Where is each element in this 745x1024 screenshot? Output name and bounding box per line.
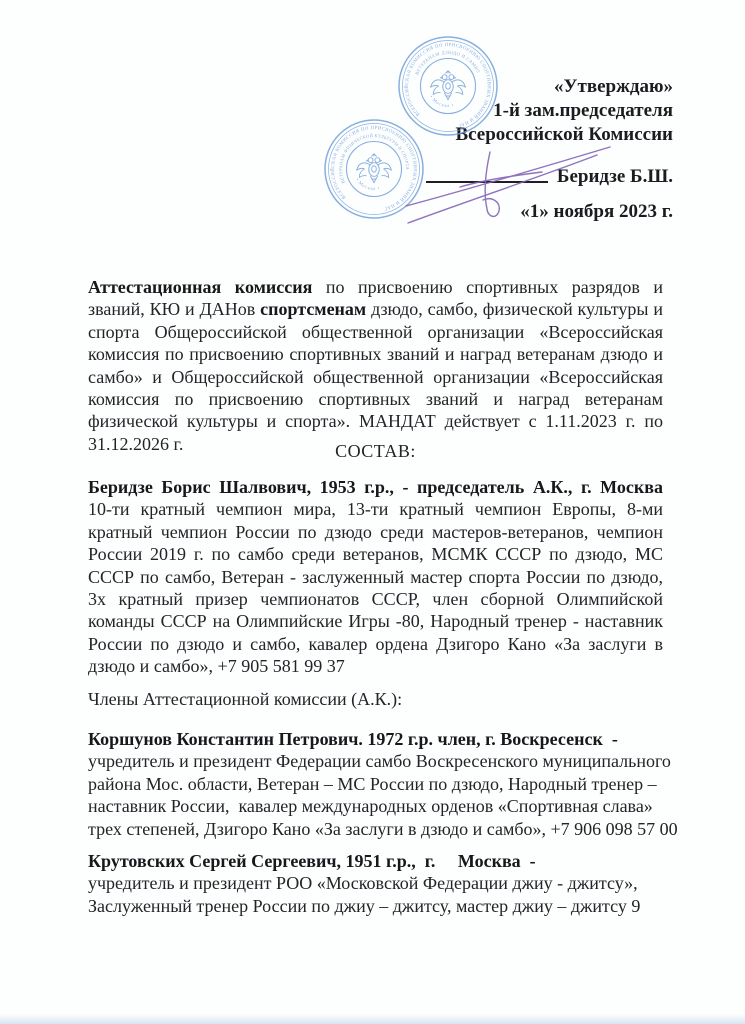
member-detail-line: Заслуженный тренер России по джиу – джит… [88, 895, 683, 917]
member-entry-korshunov: Коршунов Константин Петрович. 1972 г.р. … [88, 728, 683, 840]
intro-bold-lead: Аттестационная комиссия [88, 277, 312, 297]
stamp1-veterans-text: ВЕТЕРАНАМ ДЗЮДО И САМБО [414, 50, 481, 76]
member-name-line: Крутовских Сергей Сергеевич, 1951 г.р., … [88, 850, 683, 872]
chairman-entry: Беридзе Борис Шалвович, 1953 г.р., - пре… [88, 476, 663, 678]
member-detail-line: наставник России, кавалер международных … [88, 795, 683, 817]
approval-block: «Утверждаю» 1-й зам.председателя Всеросс… [426, 75, 673, 224]
chairman-name-line: Беридзе Борис Шалвович, 1953 г.р., - пре… [88, 476, 663, 498]
approver-position: 1-й зам.председателя [426, 99, 673, 123]
svg-text:• Москва •: • Москва • [355, 177, 381, 191]
intro-text-2: дзюдо, самбо, физической культуры и спор… [88, 299, 663, 453]
composition-heading: СОСТАВ: [88, 440, 663, 462]
signature-row: Беридзе Б.Ш. [426, 165, 673, 189]
signature-line [426, 167, 548, 183]
member-detail-line: учредитель и президент Федерации самбо В… [88, 750, 683, 772]
intro-bold-sportsmen: спортсменам [260, 299, 366, 319]
scan-edge-artifact [0, 1014, 745, 1024]
members-heading: Члены Аттестационной комиссии (А.К.): [88, 688, 663, 710]
approve-label: «Утверждаю» [426, 75, 673, 99]
approval-date: «1» ноября 2023 г. [426, 200, 673, 224]
approver-organization: Всероссийской Комиссии [426, 123, 673, 147]
member-detail-line: учредитель и президент РОО «Московской Ф… [88, 872, 683, 894]
member-name-line: Коршунов Константин Петрович. 1972 г.р. … [88, 728, 683, 750]
svg-text:ВЕТЕРАНАМ ФИЗИЧЕСКОЙ КУЛЬТУРЫ: ВЕТЕРАНАМ ФИЗИЧЕСКОЙ КУЛЬТУРЫ И СПОРТА [338, 133, 410, 184]
member-detail-line: района Мос. области, Ветеран – МС России… [88, 773, 683, 795]
stamp2-veterans-text: ВЕТЕРАНАМ ФИЗИЧЕСКОЙ КУЛЬТУРЫ И СПОРТА [338, 133, 410, 184]
chairman-details: 10-ти кратный чемпион мира, 13-ти кратны… [88, 498, 663, 677]
approver-name: Беридзе Б.Ш. [557, 166, 673, 187]
double-eagle-emblem-icon [357, 154, 392, 183]
stamp2-city-text: • Москва • [355, 177, 381, 191]
document-page: «Утверждаю» 1-й зам.председателя Всеросс… [0, 0, 745, 1024]
intro-paragraph: Аттестационная комиссия по присвоению сп… [88, 276, 663, 455]
member-entry-krutovskikh: Крутовских Сергей Сергеевич, 1951 г.р., … [88, 850, 683, 917]
svg-text:ВСЕРОССИЙСКАЯ КОМИССИЯ ПО ПРИС: ВСЕРОССИЙСКАЯ КОМИССИЯ ПО ПРИСВОЕНИЮ СПО… [330, 126, 417, 211]
round-stamp-physical-culture-icon: ВСЕРОССИЙСКАЯ КОМИССИЯ ПО ПРИСВОЕНИЮ СПО… [325, 120, 423, 218]
svg-text:ВЕТЕРАНАМ ДЗЮДО И САМБО: ВЕТЕРАНАМ ДЗЮДО И САМБО [414, 50, 481, 76]
member-detail-line: трех степеней, Дзигоро Кано «За заслуги … [88, 818, 683, 840]
stamp2-ring-text: ВСЕРОССИЙСКАЯ КОМИССИЯ ПО ПРИСВОЕНИЮ СПО… [330, 126, 417, 211]
